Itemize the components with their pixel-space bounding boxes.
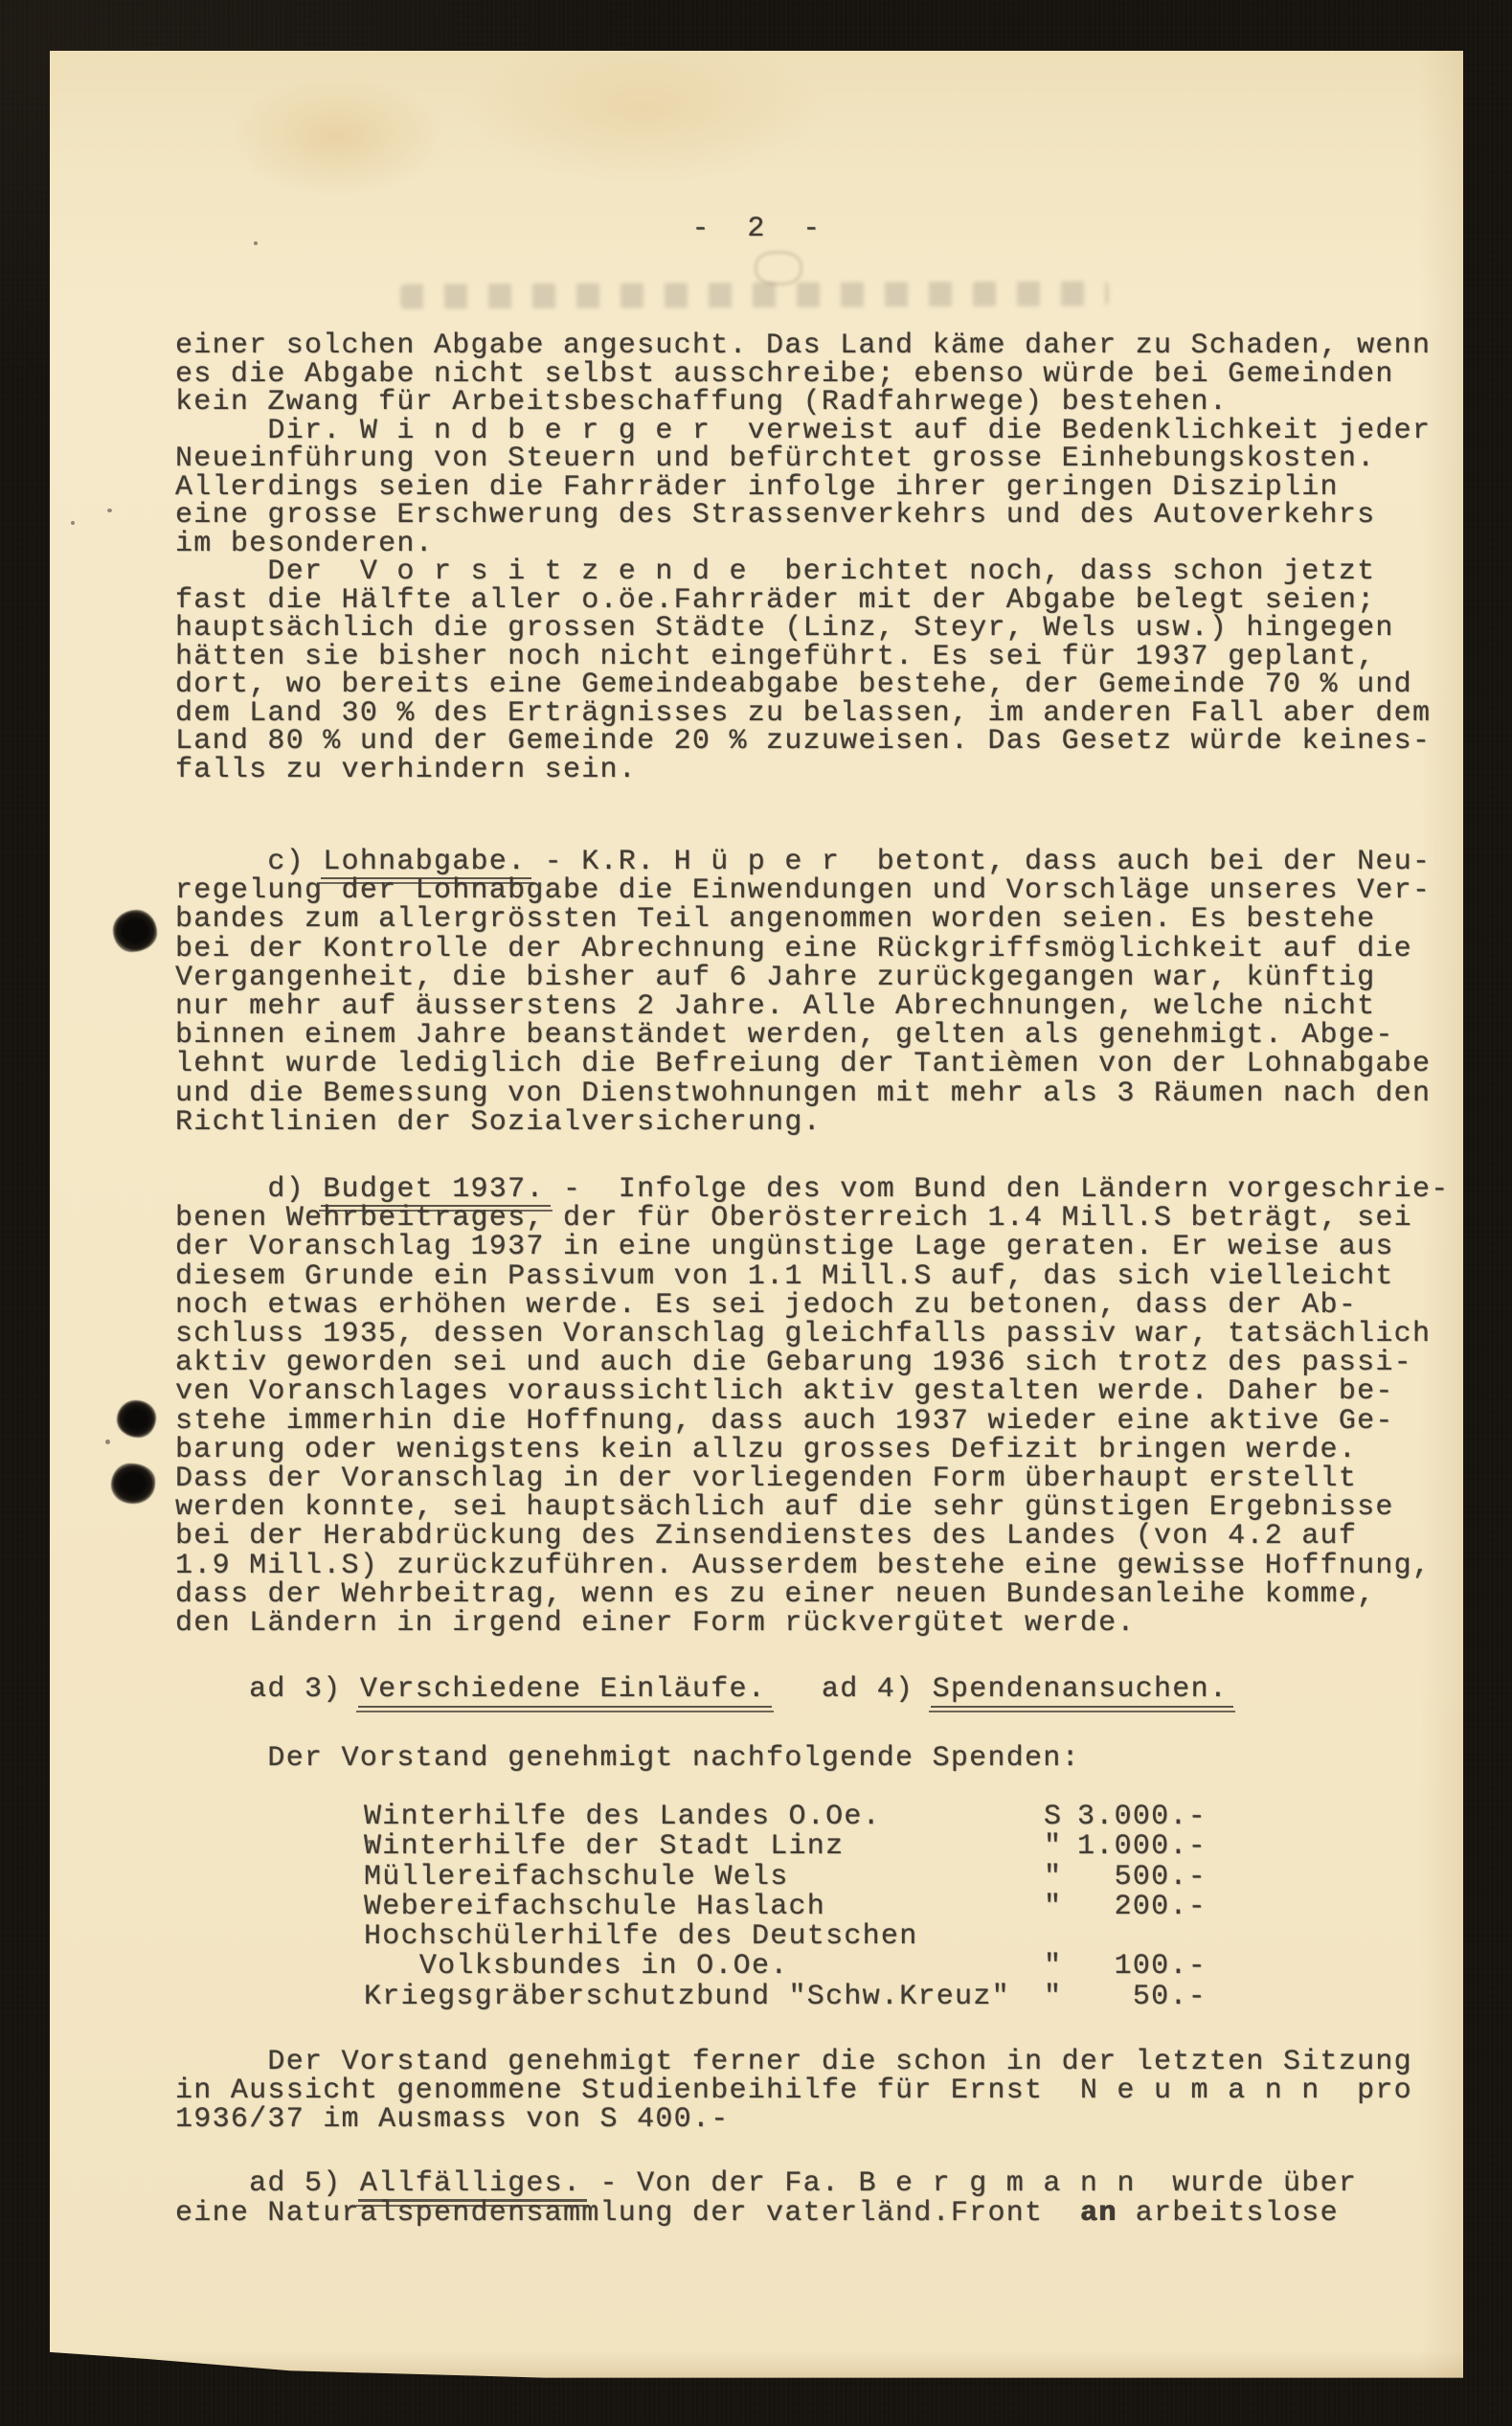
- donation-amount: 3.000.-: [1065, 1802, 1207, 1832]
- donation-recipient: Webereifachschule Haslach: [364, 1893, 1044, 1922]
- donation-row: Kriegsgräberschutzbund "Schw.Kreuz""50.-: [364, 1983, 1487, 2012]
- bleedthrough-mark: [755, 251, 802, 285]
- heading-verschiedene-einlaeufe: Verschiedene Einläufe.: [360, 1676, 766, 1705]
- donation-currency: ": [1044, 1863, 1065, 1893]
- agenda-ad3-prefix: ad 3): [175, 1673, 360, 1706]
- item-ad5-prefix: ad 5): [175, 2167, 360, 2200]
- ink-blot: [117, 1400, 156, 1438]
- ink-blot: [113, 910, 157, 952]
- donation-amount: 50.-: [1065, 1983, 1207, 2012]
- item-c-body: - K.R. H ü p e r betont, dass auch bei d…: [175, 846, 1431, 1139]
- donation-row: Hochschülerhilfe des Deutschen Volksbund…: [364, 1922, 1487, 1982]
- item-c-lohnabgabe: c) Lohnabgabe. - K.R. H ü p e r betont, …: [175, 848, 1487, 1137]
- donation-amount: 1.000.-: [1065, 1832, 1207, 1862]
- donation-currency: ": [1044, 1983, 1065, 2012]
- donation-currency: ": [1044, 1893, 1065, 1922]
- heading-spendenansuchen: Spendenansuchen.: [933, 1676, 1229, 1705]
- item-d-prefix: d): [175, 1173, 323, 1206]
- donation-amount: 100.-: [1065, 1952, 1207, 1982]
- paragraph-windberger: Dir. W i n d b e r g e r verweist auf di…: [175, 418, 1487, 559]
- typewritten-text-block: einer solchen Abgabe angesucht. Das Land…: [175, 332, 1487, 2228]
- donation-recipient: Hochschülerhilfe des Deutschen Volksbund…: [364, 1922, 1044, 1982]
- item-ad5-body-b: arbeitslose: [1117, 2197, 1338, 2230]
- item-c-prefix: c): [175, 846, 323, 878]
- donation-row: Müllereifachschule Wels"500.-: [364, 1863, 1487, 1893]
- donation-currency: ": [1044, 1952, 1065, 1982]
- item-d-body: - Infolge des vom Bund den Ländern vorge…: [175, 1173, 1450, 1640]
- agenda-items-line: ad 3) Verschiedene Einläufe. ad 4) Spend…: [175, 1676, 1487, 1705]
- paragraph-continuation: einer solchen Abgabe angesucht. Das Land…: [175, 332, 1487, 418]
- donation-recipient: Winterhilfe des Landes O.Oe.: [364, 1802, 1044, 1832]
- ink-blot: [111, 1463, 155, 1504]
- paper-speck: [107, 509, 112, 512]
- document-page: - 2 - einer solchen Abgabe angesucht. Da…: [50, 51, 1463, 2380]
- donation-row: Webereifachschule Haslach"200.-: [364, 1893, 1487, 1922]
- donation-recipient: Winterhilfe der Stadt Linz: [364, 1832, 1044, 1862]
- donation-recipient: Müllereifachschule Wels: [364, 1863, 1044, 1893]
- donation-amount: 500.-: [1065, 1863, 1207, 1893]
- paper-speck: [254, 241, 258, 245]
- heading-allfaelliges: Allfälliges.: [360, 2169, 581, 2198]
- donation-row: Winterhilfe des Landes O.Oe.S3.000.-: [364, 1802, 1487, 1832]
- donations-intro: Der Vorstand genehmigt nachfolgende Spen…: [175, 1745, 1487, 1774]
- heading-lohnabgabe: Lohnabgabe.: [323, 848, 526, 876]
- item-d-budget-1937: d) Budget 1937. - Infolge des vom Bund d…: [175, 1175, 1487, 1638]
- donation-currency: ": [1044, 1832, 1065, 1862]
- donation-currency: S: [1044, 1802, 1065, 1832]
- item-ad5-allfaelliges: ad 5) Allfälliges. - Von der Fa. B e r g…: [175, 2169, 1487, 2227]
- agenda-ad4-prefix: ad 4): [766, 1673, 933, 1706]
- paragraph-studienbeihilfe: Der Vorstand genehmigt ferner die schon …: [175, 2048, 1487, 2135]
- item-ad5-overstruck-word: an: [1080, 2197, 1117, 2230]
- heading-budget-1937: Budget 1937.: [323, 1175, 544, 1204]
- donation-recipient: Kriegsgräberschutzbund "Schw.Kreuz": [364, 1983, 1044, 2012]
- donation-amount: 200.-: [1065, 1893, 1207, 1922]
- page-number: - 2 -: [50, 213, 1463, 245]
- paper-speck: [71, 521, 75, 525]
- paragraph-vorsitzender: Der V o r s i t z e n d e berichtet noch…: [175, 558, 1487, 784]
- paper-speck: [105, 1440, 110, 1444]
- donation-row: Winterhilfe der Stadt Linz"1.000.-: [364, 1832, 1487, 1862]
- donations-table: Winterhilfe des Landes O.Oe.S3.000.- Win…: [364, 1802, 1487, 2011]
- bleedthrough-smudge: [400, 281, 1109, 308]
